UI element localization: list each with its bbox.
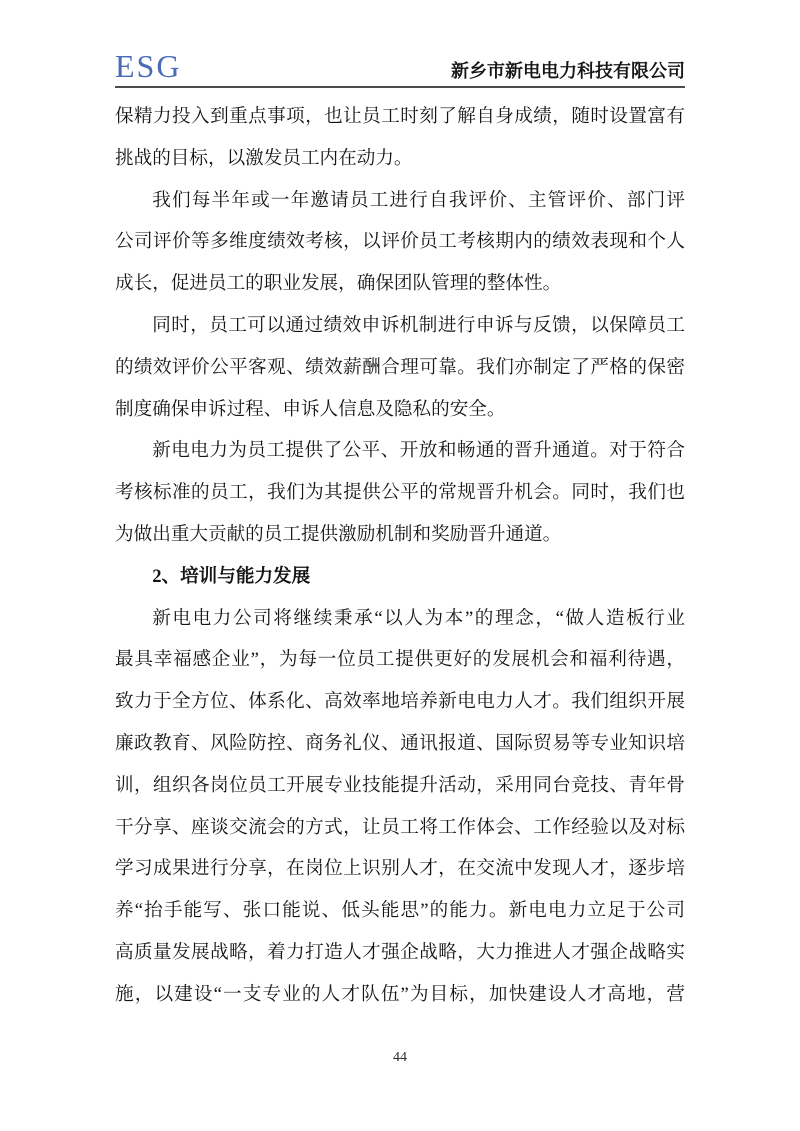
page-number: 44 [393,1050,407,1065]
text-line: 养“抬手能写、张口能说、低头能思”的能力。新电电力立足于公司 [115,890,685,932]
text-line: 学习成果进行分享，在岗位上识别人才，在交流中发现人才，逐步培 [115,848,685,890]
page-header: ESG 新乡市新电电力科技有限公司 [115,48,685,82]
text-line: 高质量发展战略，着力打造人才强企战略，大力推进人才强企战略实 [115,932,685,974]
text-line: 廉政教育、风险防控、商务礼仪、通讯报道、国际贸易等专业知识培 [115,723,685,765]
text-line: 公司评价等多维度绩效考核，以评价员工考核期内的绩效表现和个人 [115,221,685,263]
text-line: 训，组织各岗位员工开展专业技能提升活动，采用同台竞技、青年骨 [115,765,685,807]
page-footer: 44 [0,1050,800,1066]
text-line: 致力于全方位、体系化、高效率地培养新电电力人才。我们组织开展 [115,681,685,723]
section-heading: 2、培训与能力发展 [115,556,685,598]
text-line: 为做出重大贡献的员工提供激励机制和奖励晋升通道。 [115,514,685,556]
text-line: 我们每半年或一年邀请员工进行自我评价、主管评价、部门评价、 [115,180,685,222]
text-line: 干分享、座谈交流会的方式，让员工将工作体会、工作经验以及对标 [115,807,685,849]
company-name: 新乡市新电电力科技有限公司 [451,60,685,82]
text-line: 施，以建设“一支专业的人才队伍”为目标，加快建设人才高地，营 [115,974,685,1016]
document-body: 保精力投入到重点事项，也让员工时刻了解自身成绩，随时设置富有挑战的目标，以激发员… [115,96,685,1016]
text-line: 同时，员工可以通过绩效申诉机制进行申诉与反馈，以保障员工 [115,305,685,347]
text-line: 保精力投入到重点事项，也让员工时刻了解自身成绩，随时设置富有 [115,96,685,138]
text-line: 制度确保申诉过程、申诉人信息及隐私的安全。 [115,389,685,431]
text-line: 考核标准的员工，我们为其提供公平的常规晋升机会。同时，我们也 [115,472,685,514]
document-page: ESG 新乡市新电电力科技有限公司 保精力投入到重点事项，也让员工时刻了解自身成… [0,0,800,1131]
text-line: 最具幸福感企业”，为每一位员工提供更好的发展机会和福利待遇， [115,639,685,681]
text-line: 的绩效评价公平客观、绩效薪酬合理可靠。我们亦制定了严格的保密 [115,347,685,389]
text-line: 新电电力为员工提供了公平、开放和畅通的晋升通道。对于符合 [115,430,685,472]
header-rule [115,86,685,88]
text-line: 新电电力公司将继续秉承“以人为本”的理念，“做人造板行业 [115,598,685,640]
text-line: 挑战的目标，以激发员工内在动力。 [115,138,685,180]
text-line: 成长，促进员工的职业发展，确保团队管理的整体性。 [115,263,685,305]
esg-logo: ESG [115,50,181,82]
